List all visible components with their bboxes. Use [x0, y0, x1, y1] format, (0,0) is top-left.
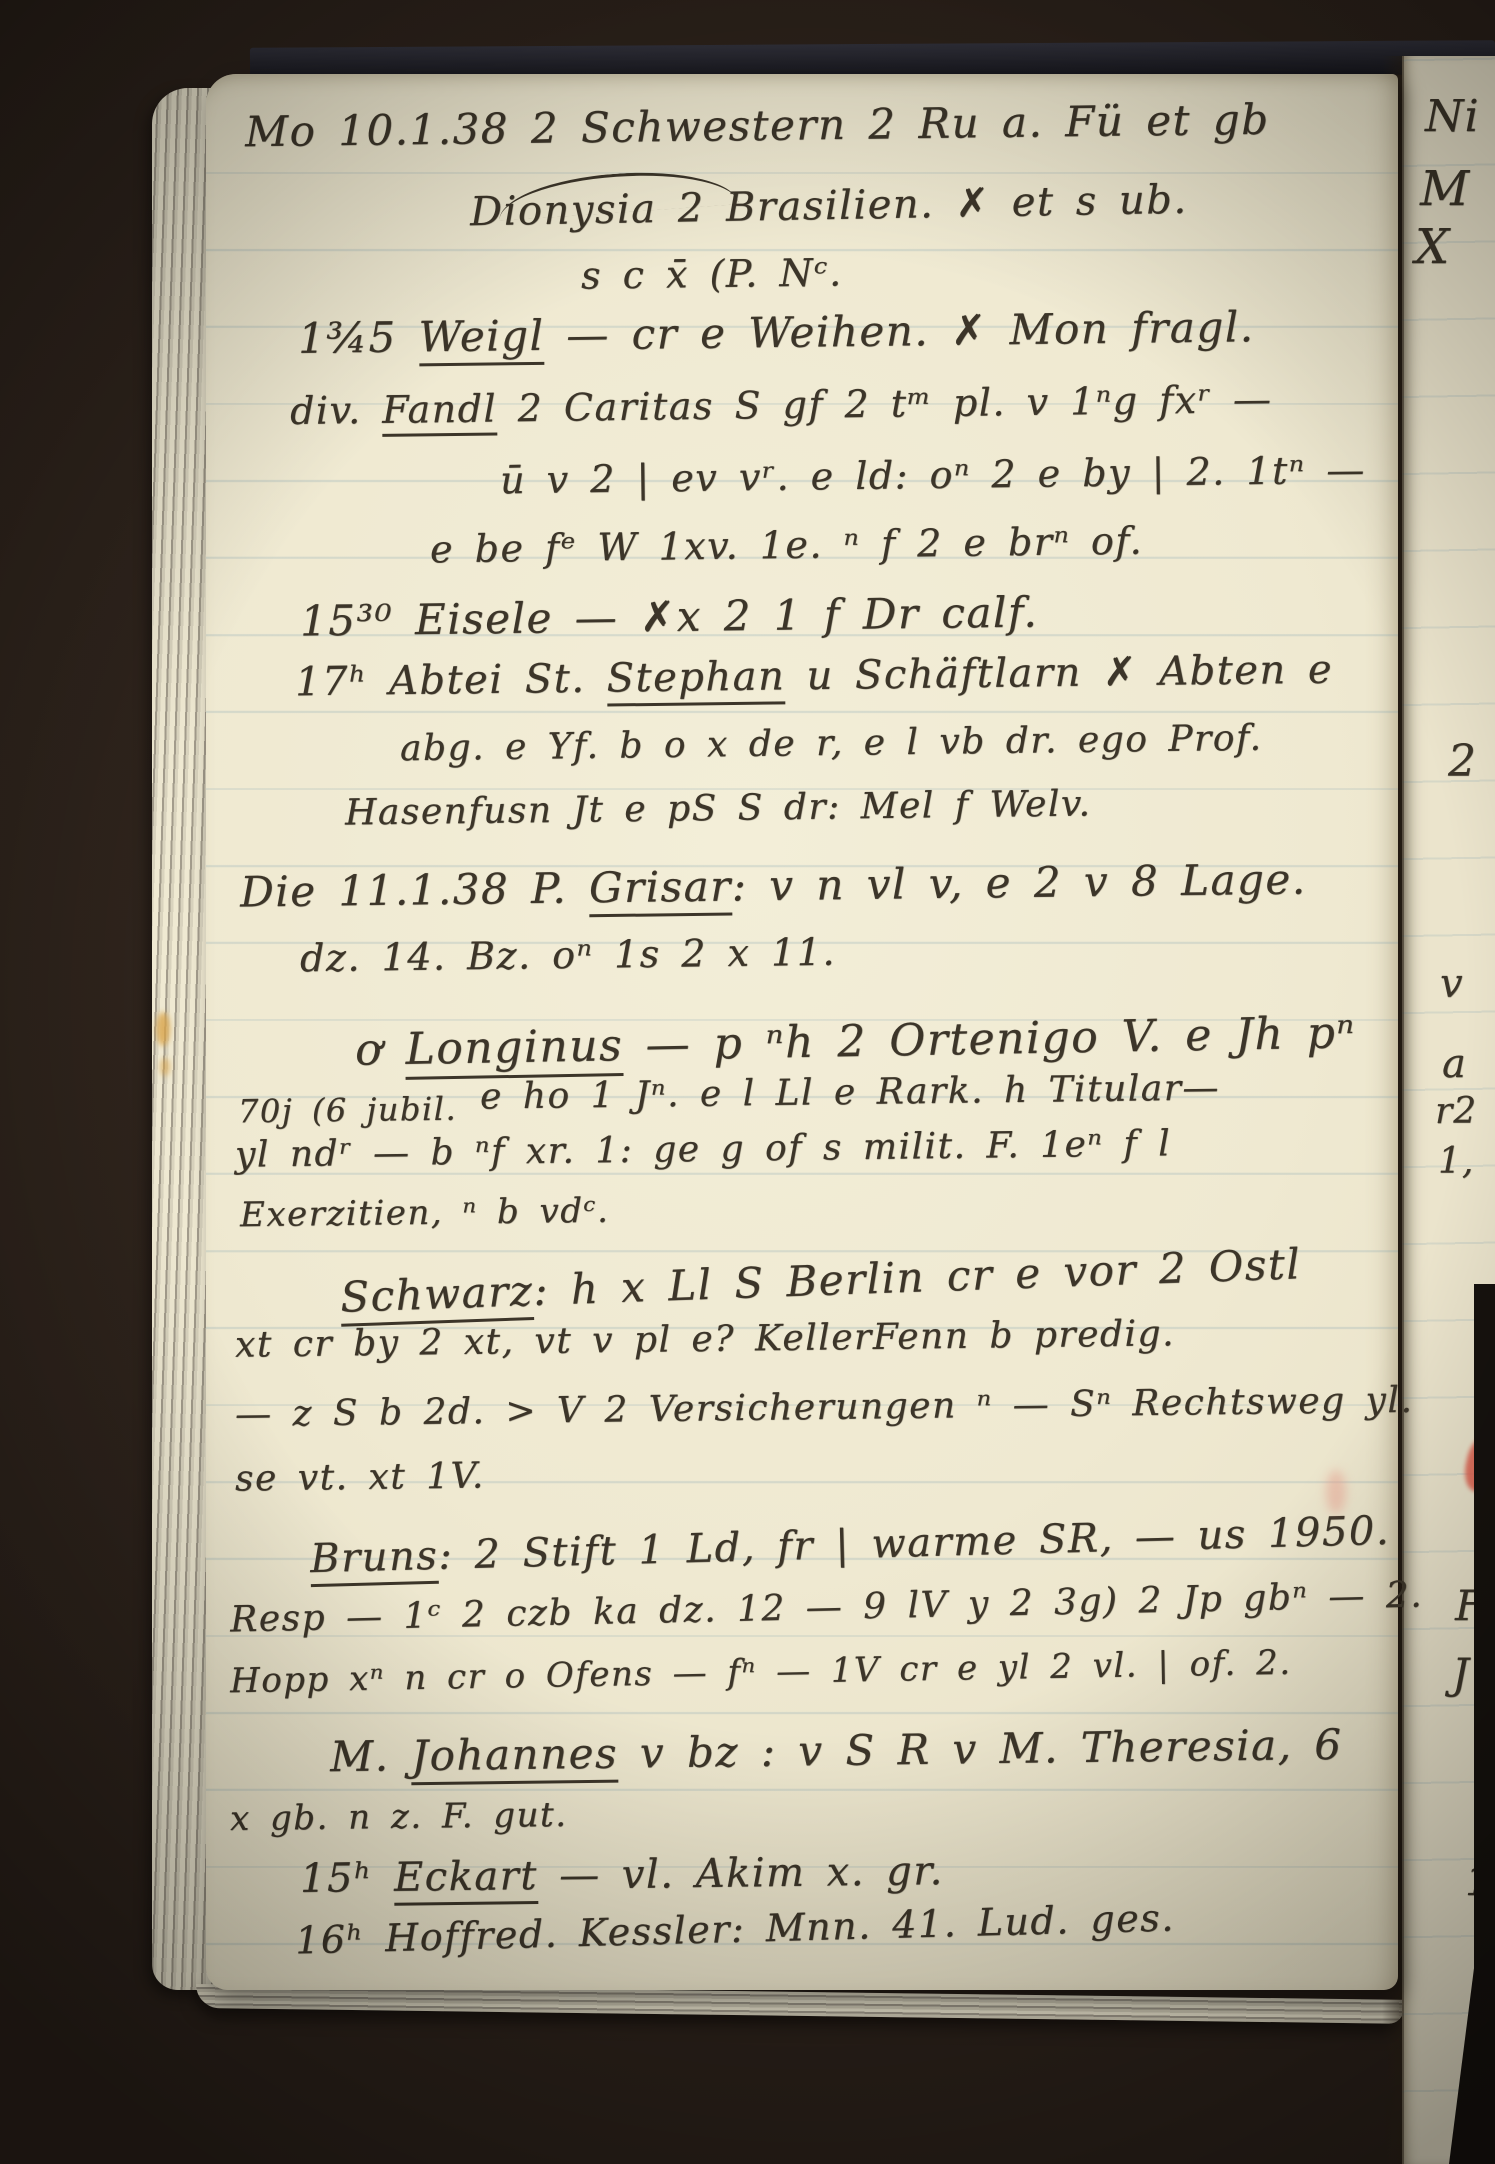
- handwriting-line: 16ʰ Hoffred. Kessler: Mnn. 41. Lud. ges.: [295, 1898, 1176, 1959]
- handwriting-line: Dionysia 2 Brasilien. ✗ et s ub.: [470, 180, 1188, 233]
- handwriting-fragment: X: [1415, 219, 1450, 275]
- handwriting-segment: dz. 14. Bz. oⁿ 1s 2 x 11.: [300, 930, 836, 981]
- handwriting-segment: M.: [330, 1731, 412, 1781]
- handwriting-line: 15³⁰ Eisele — ✗x 2 1 f Dr calf.: [300, 591, 1039, 642]
- handwriting-segment: Weigl: [418, 311, 545, 367]
- handwriting-line: div. Fandl 2 Caritas S gf 2 tᵐ pl. v 1ⁿg…: [290, 380, 1273, 430]
- handwriting-segment: 15³⁰ Eisele — ✗x 2 1 f Dr calf.: [300, 587, 1039, 645]
- handwriting-segment: ū v 2 | ev vʳ. e ld: oⁿ 2 e by | 2. 1tⁿ …: [500, 448, 1366, 503]
- handwriting-segment: 16ʰ Hoffred. Kessler: Mnn. 41. Lud. ges.: [295, 1895, 1176, 1962]
- handwriting-fragment: a: [1442, 1041, 1467, 1087]
- handwriting-line: dz. 14. Bz. oⁿ 1s 2 x 11.: [300, 933, 836, 978]
- handwriting-segment: : v n vl v, e 2 v 8 Lage.: [731, 854, 1306, 910]
- handwriting-fragment: Ni: [1425, 91, 1480, 142]
- handwriting-segment: Fandl: [382, 386, 497, 436]
- handwriting-line: 17ʰ Abtei St. Stephan u Schäftlarn ✗ Abt…: [295, 650, 1333, 703]
- handwriting-segment: Grisar: [589, 862, 732, 918]
- handwriting-line: s c x̄ (P. Nᶜ.: [581, 253, 843, 294]
- handwriting-line: abg. e Yf. b o x de r, e l vb dr. ego Pr…: [400, 721, 1263, 768]
- handwriting-segment: 17ʰ Abtei St.: [295, 656, 607, 706]
- handwriting-line: — z S b 2d. > V 2 Versicherungen ⁿ — Sⁿ …: [235, 1383, 1414, 1433]
- handwriting-line: Hopp xⁿ n cr o Ofens — fⁿ — 1V cr e yl 2…: [230, 1646, 1292, 1699]
- handwriting-segment: Bruns: [310, 1533, 439, 1587]
- paper-stain: [156, 1012, 170, 1046]
- handwriting-fragment: 2: [1448, 736, 1477, 787]
- handwriting-fragment: M: [1420, 161, 1470, 217]
- handwriting-line: M. Johannes v bz : v S R v M. Theresia, …: [330, 1724, 1343, 1778]
- handwriting-segment: yl ndʳ — b ⁿf xr. 1: ge g of s milit. F.…: [235, 1123, 1172, 1175]
- handwriting-line: se vt. xt 1V.: [235, 1458, 485, 1497]
- handwriting-segment: u Schäftlarn ✗ Abten e: [785, 647, 1333, 700]
- handwriting-line: Bruns: 2 Stift 1 Ld, fr | warme SR, — us…: [310, 1511, 1391, 1579]
- handwriting-segment: abg. e Yf. b o x de r, e l vb dr. ego Pr…: [400, 718, 1263, 770]
- handwriting-segment: Schwarz: [339, 1266, 534, 1327]
- handwriting-line: 1¾5 Weigl — cr e Weihen. ✗ Mon fragl.: [298, 306, 1255, 360]
- notebook-page: Mo 10.1.38 2 Schwestern 2 Ru a. Fü et gb…: [206, 74, 1398, 1990]
- handwriting-segment: Stephan: [606, 653, 785, 706]
- handwriting-fragment: v: [1440, 961, 1464, 1007]
- handwriting-line: 70j (6 jubil.: [238, 1093, 457, 1128]
- handwriting-segment: 2 Schwestern: [531, 100, 847, 153]
- handwriting-line: ơ Longinus — p ⁿh 2 Ortenigo V. e Jh pⁿ: [355, 1011, 1356, 1072]
- handwriting-segment: e be fᵉ W 1xv. 1e. ⁿ f 2 e brⁿ of.: [430, 519, 1144, 572]
- handwriting-line: 15ʰ Eckart — vl. Akim x. gr.: [300, 1851, 944, 1899]
- paper-stain: [160, 1058, 170, 1076]
- handwriting-line: Resp — 1ᶜ 2 czb ka dz. 12 — 9 lV y 2 3g)…: [230, 1578, 1424, 1639]
- handwriting-segment: Longinus: [405, 1020, 623, 1080]
- handwriting-segment: div.: [290, 388, 383, 433]
- handwriting-segment: Hopp xⁿ n cr o Ofens — fⁿ — 1V cr e yl 2…: [230, 1643, 1292, 1702]
- handwriting-segment: — vl. Akim x. gr.: [538, 1848, 944, 1899]
- handwriting-segment: ơ: [355, 1024, 406, 1076]
- handwriting-segment: 2 Caritas S gf 2 tᵐ pl. v 1ⁿg fxʳ —: [497, 377, 1273, 430]
- handwriting-segment: Hasenfusn Jt e pS S dr: Mel f Welv.: [345, 783, 1092, 833]
- handwriting-segment: x gb. n z. F. gut.: [230, 1795, 568, 1839]
- photo-backdrop: { "colors": { "backdrop": "#2b211a", "pa…: [0, 0, 1495, 2164]
- handwriting-line: e ho 1 Jⁿ. e l Ll e Rark. h Titular—: [480, 1070, 1220, 1115]
- handwriting-segment: : 2 Stift 1 Ld, fr | warme SR, — us 1950…: [438, 1508, 1391, 1579]
- handwriting-fragment: 1,: [1438, 1141, 1474, 1182]
- handwriting-segment: Johannes: [411, 1729, 618, 1786]
- handwriting-segment: Eckart: [394, 1853, 539, 1906]
- handwriting-fragment: r2: [1435, 1091, 1477, 1132]
- handwriting-line: Exerzitien, ⁿ b vdᶜ.: [240, 1194, 610, 1233]
- handwriting-segment: 15ʰ: [300, 1855, 394, 1902]
- handwriting-segment: 2 Ru a. Fü et gb: [846, 95, 1270, 149]
- paper-stain-pink: [1326, 1470, 1346, 1514]
- handwriting-segment: e ho 1 Jⁿ. e l Ll e Rark. h Titular—: [480, 1067, 1220, 1117]
- handwriting-line: xt cr by 2 xt, vt v pl e? KellerFenn b p…: [235, 1316, 1175, 1363]
- handwriting-line: Schwarz: h x Ll S Berlin cr e vor 2 Ostl: [340, 1243, 1302, 1319]
- handwriting-line: Die 11.1.38 P. Grisar: v n vl v, e 2 v 8…: [240, 858, 1307, 913]
- handwriting-segment: 70j (6 jubil.: [238, 1090, 457, 1131]
- handwriting-line: yl ndʳ — b ⁿf xr. 1: ge g of s milit. F.…: [235, 1126, 1172, 1173]
- handwriting-line: Mo 10.1.38 2 Schwestern 2 Ru a. Fü et gb: [245, 99, 1270, 154]
- handwriting-segment: s c x̄ (P. Nᶜ.: [581, 250, 843, 297]
- handwriting-segment: Die 11.1.38 P.: [240, 863, 590, 916]
- handwriting-segment: v bz : v S R v M. Theresia, 6: [618, 1720, 1343, 1778]
- ink-layer: Mo 10.1.38 2 Schwestern 2 Ru a. Fü et gb…: [206, 74, 1398, 1990]
- handwriting-segment: — cr e Weihen. ✗ Mon fragl.: [544, 302, 1255, 360]
- handwriting-segment: Exerzitien, ⁿ b vdᶜ.: [240, 1191, 610, 1236]
- handwriting-line: Hasenfusn Jt e pS S dr: Mel f Welv.: [345, 786, 1092, 831]
- handwriting-segment: — z S b 2d. > V 2 Versicherungen ⁿ — Sⁿ …: [235, 1380, 1414, 1435]
- handwriting-segment: — p ⁿh 2 Ortenigo V. e Jh pⁿ: [623, 1007, 1356, 1071]
- handwriting-segment: : h x Ll S Berlin cr e vor 2 Ostl: [532, 1239, 1302, 1315]
- handwriting-segment: 1¾5: [298, 312, 419, 362]
- handwriting-line: e be fᵉ W 1xv. 1e. ⁿ f 2 e brⁿ of.: [430, 522, 1144, 569]
- handwriting-segment: Mo 10.1.38: [245, 104, 531, 156]
- handwriting-segment: se vt. xt 1V.: [235, 1455, 485, 1499]
- handwriting-line: x gb. n z. F. gut.: [230, 1798, 568, 1836]
- handwriting-fragment: J: [1452, 1649, 1470, 1698]
- handwriting-line: ū v 2 | ev vʳ. e ld: oⁿ 2 e by | 2. 1tⁿ …: [500, 451, 1366, 500]
